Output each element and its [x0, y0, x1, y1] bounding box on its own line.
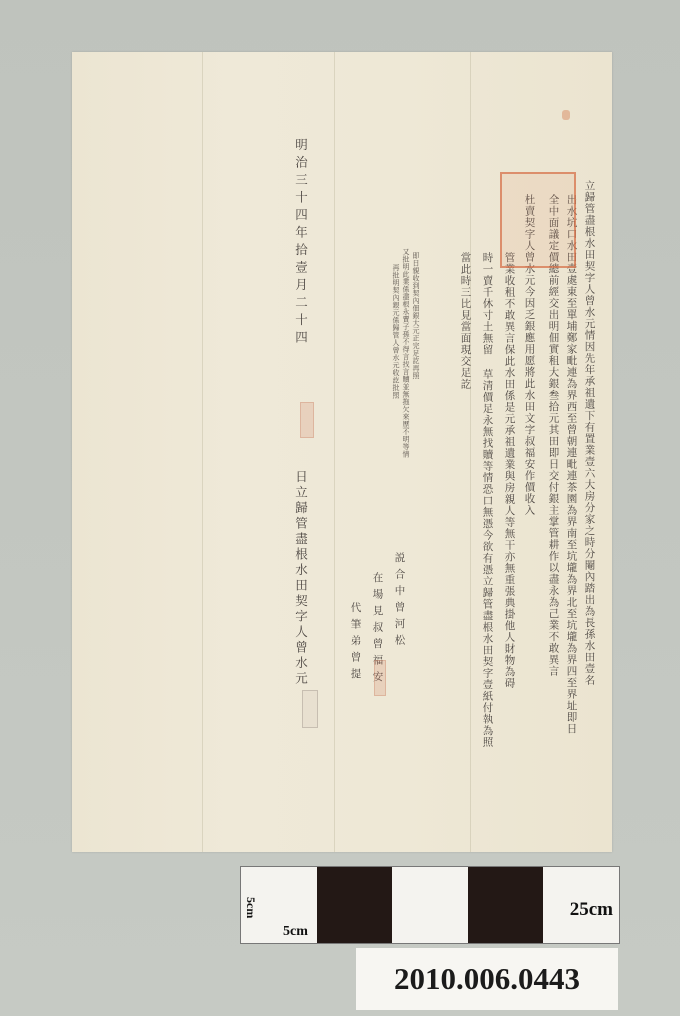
annotation-line: 即日親收到契內佃銀大元正完足訖再照 [412, 252, 419, 380]
annotation-line: 再批明契內銀元係歸管人曾水元收訖批照 [392, 264, 399, 399]
large-red-seal [500, 172, 576, 268]
red-ink-spot [562, 110, 570, 120]
main-text-column: 立歸管盡根水田契字人曾水元情因先年承祖遺下有置業壹六大房分家之時分閹內踏出為長孫… [584, 180, 595, 686]
scale-bar: 5cm 5cm 25cm [240, 866, 620, 944]
date-column: 明治三十四年拾壹月二十四 [294, 138, 307, 348]
scale-segment-black [468, 867, 544, 943]
deed-paper: 明治三十四年拾壹月二十四 日立歸管盡根水田契字人曾水元 説合中曾河松 在場見叔曾… [72, 52, 612, 852]
scale-segment-black [317, 867, 393, 943]
main-text-column: 管業收租不敢異言保此水田係是元承祖遺業與房親人等無干亦無重張典掛他人財物為碍 [504, 252, 515, 689]
fold-line [334, 52, 335, 852]
scale-left-label: 5cm [283, 924, 308, 940]
scale-segment-white: 5cm 5cm [241, 867, 317, 943]
main-text-column: 時一賣千休寸土無留 草清價足永無找贖等情恐口無憑今欲有憑立歸管盡根水田契字壹紙付… [482, 252, 493, 748]
small-faint-seal-date [300, 402, 314, 438]
scale-right-label: 25cm [570, 899, 613, 921]
fold-line [202, 52, 203, 852]
main-text-column: 出水坑口水田壹處東至單埔鄭家毗連為界西至曾朝連毗連茶園為界南至坑壠為界北至坑壠為… [566, 194, 577, 735]
signatory-column: 日立歸管盡根水田契字人曾水元 [294, 470, 307, 687]
scale-side-label: 5cm [243, 897, 258, 918]
annotation-line: 又批明此業係盡根永賣子孫不得言找言贖並無拖欠來歷不明等情 [402, 248, 409, 458]
witness-intermediary: 説合中曾河松 [394, 552, 405, 651]
accession-number: 2010.006.0443 [356, 948, 618, 1010]
scale-segment-white [392, 867, 468, 943]
scale-segment-white: 25cm [543, 867, 619, 943]
main-text-column: 當此時三比見當面現交足訖 [460, 252, 471, 390]
small-faint-seal-witness [374, 660, 386, 696]
witness-scribe: 代筆弟曾提 [350, 602, 361, 685]
small-grey-seal-signatory [302, 690, 318, 728]
fold-line [470, 52, 471, 852]
